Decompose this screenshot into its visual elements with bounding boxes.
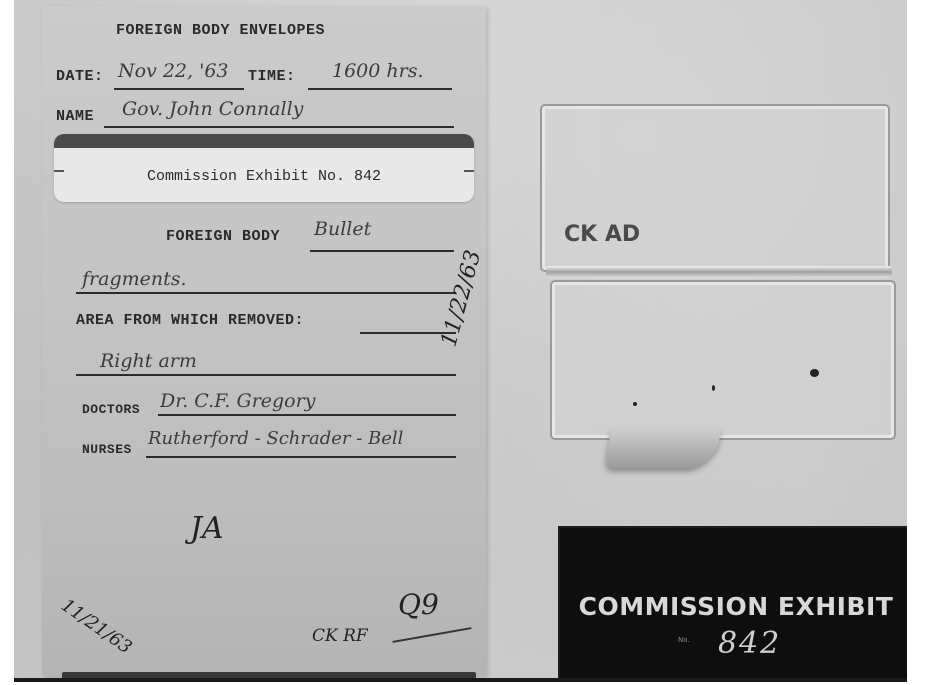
folded-paper-curl	[604, 428, 721, 468]
time-value: 1600 hrs.	[332, 60, 424, 82]
date-value: Nov 22, '63	[118, 60, 229, 82]
date-label: DATE:	[56, 68, 104, 85]
doctors-underline	[158, 414, 456, 416]
plastic-case-base	[552, 282, 894, 438]
exhibit-label: Commission Exhibit No. 842	[54, 168, 474, 185]
area-value: Right arm	[100, 350, 197, 372]
initials-1: JA	[190, 511, 224, 546]
foreign-body-value: Bullet	[314, 218, 371, 240]
foreign-body-envelope: FOREIGN BODY ENVELOPES DATE: Nov 22, '63…	[42, 6, 486, 676]
initials-3: CK RF	[312, 626, 368, 646]
foreign-body-underline-2	[76, 292, 456, 294]
nurses-label: NURSES	[82, 442, 132, 457]
foreign-body-underline	[310, 250, 454, 252]
case-lid-marks: CK AD	[564, 222, 640, 247]
name-underline	[104, 126, 454, 128]
time-underline	[308, 88, 452, 90]
nurses-underline	[146, 456, 456, 458]
foreign-body-label: FOREIGN BODY	[166, 228, 280, 245]
nurses-value: Rutherford - Schrader - Bell	[148, 428, 403, 449]
commission-exhibit-placard: COMMISSION EXHIBIT No. 842	[558, 526, 907, 680]
name-value: Gov. John Connally	[122, 98, 303, 120]
document-photograph: FOREIGN BODY ENVELOPES DATE: Nov 22, '63…	[14, 0, 907, 682]
doctors-label: DOCTORS	[82, 402, 140, 417]
area-label: AREA FROM WHICH REMOVED:	[76, 312, 304, 329]
time-label: TIME:	[248, 68, 296, 85]
envelope-header: FOREIGN BODY ENVELOPES	[116, 22, 325, 39]
name-label: NAME	[56, 108, 94, 125]
date-underline	[114, 88, 244, 90]
placard-title: COMMISSION EXHIBIT	[560, 592, 907, 621]
doctors-value: Dr. C.F. Gregory	[160, 390, 315, 412]
placard-number-label: No.	[678, 636, 690, 644]
foreign-body-value-cont: fragments.	[82, 268, 187, 290]
bottom-date: 11/21/63	[57, 595, 135, 659]
case-hinge	[546, 266, 892, 278]
bullet-fragment	[810, 369, 819, 377]
bullet-fragment	[712, 385, 715, 391]
area-underline-2	[76, 374, 456, 376]
bullet-fragment	[633, 402, 637, 406]
initials-2: Q9	[398, 588, 439, 621]
exhibit-label-strip: Commission Exhibit No. 842	[54, 134, 474, 202]
placard-number: 842	[718, 626, 781, 661]
side-annotation: 11/22/63	[437, 248, 487, 350]
